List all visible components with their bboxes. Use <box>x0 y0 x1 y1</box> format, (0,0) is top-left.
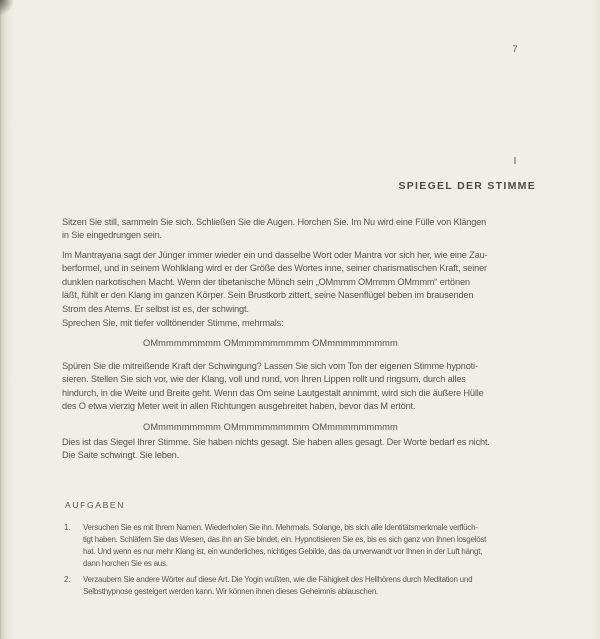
paragraph-intro: Sitzen Sie still, sammeln Sie sich. Schl… <box>62 216 540 243</box>
om-chant-line-1: OMmmmmmmmm OMmmmmmmmmm OMmmmmmmmmm <box>143 338 398 348</box>
task-item-2: 2. Verzaubern Sie andere Wörter auf dies… <box>64 574 544 598</box>
paragraph-mantrayana: Im Mantrayana sagt der Jünger immer wied… <box>62 249 540 316</box>
chapter-title: SPIEGEL DER STIMME <box>398 180 536 192</box>
task-text: Verzaubern Sie andere Wörter auf diese A… <box>83 574 544 598</box>
task-number: 2. <box>64 574 70 586</box>
task-text: Versuchen Sie es mit Ihrem Namen. Wieder… <box>83 522 544 570</box>
paragraph-schwingung: Spüren Sie die mitreißende Kraft der Sch… <box>62 360 540 414</box>
page-number: 7 <box>503 44 527 55</box>
paragraph-instruction: Sprechen Sie, mit tiefer volltönender St… <box>62 317 540 330</box>
paragraph-siegel: Dies ist das Siegel Ihrer Stimme. Sie ha… <box>62 436 540 463</box>
chapter-numeral: I <box>503 156 527 167</box>
page-edge-shading <box>592 0 600 639</box>
book-page: 7 I SPIEGEL DER STIMME Sitzen Sie still,… <box>0 0 600 639</box>
task-item-1: 1. Versuchen Sie es mit Ihrem Namen. Wie… <box>64 522 544 570</box>
tasks-heading: AUFGABEN <box>65 500 125 510</box>
task-number: 1. <box>64 522 70 534</box>
om-chant-line-2: OMmmmmmmmm OMmmmmmmmmm OMmmmmmmmmm <box>143 422 398 432</box>
page-corner-shadow <box>0 0 22 26</box>
